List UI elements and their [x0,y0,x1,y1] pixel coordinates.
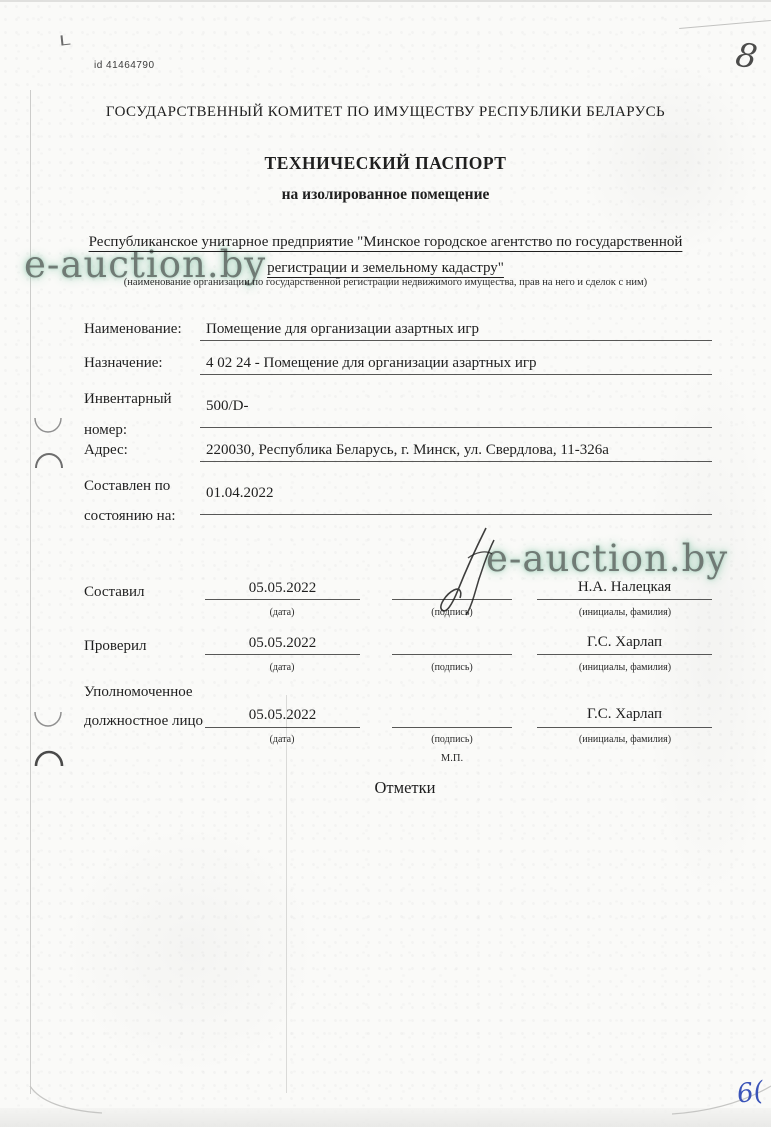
document-subtitle: на изолированное помещение [0,186,771,204]
field-label-address: Адрес: [84,442,128,459]
field-value-as-of-date: 01.04.2022 [206,485,274,502]
field-value-name: Помещение для организации азартных игр [206,321,479,338]
document-title: ТЕХНИЧЕСКИЙ ПАСПОРТ [0,153,771,174]
signer-role-compiled-by: Составил [84,584,145,601]
handwritten-blue-mark: 6( [735,1076,766,1109]
registrar-organization: Республиканское унитарное предприятие "М… [63,229,708,281]
signature-date: 05.05.2022 [205,580,360,597]
seal-placeholder-label: М.П. [392,753,512,764]
signer-role-checked-by: Проверил [84,638,147,655]
field-label-name: Наименование: [84,321,182,338]
field-label-as-of-date: Составлен по состоянию на: [84,471,209,531]
marks-section-title: Отметки [0,778,771,798]
signer-name: Г.С. Харлап [537,706,712,723]
committee-header: ГОСУДАРСТВЕННЫЙ КОМИТЕТ ПО ИМУЩЕСТВУ РЕС… [0,104,771,121]
handwritten-signature [428,518,508,622]
field-value-inventory-number: 500/D- [206,398,249,415]
registrar-organization-note: (наименование организации по государстве… [40,277,731,288]
field-label-purpose: Назначение: [84,355,163,372]
scan-id-number: id 41464790 [94,60,155,71]
signature-date: 05.05.2022 [205,635,360,652]
scanned-document-page: id 41464790 8 ГОСУДАРСТВЕННЫЙ КОМИТЕТ ПО… [0,0,771,1127]
field-label-inventory-number: Инвентарный номер: [84,384,199,446]
signer-name: Г.С. Харлап [537,634,712,651]
field-value-address: 220030, Республика Беларусь, г. Минск, у… [206,442,609,459]
signature-date: 05.05.2022 [205,707,360,724]
field-value-purpose: 4 02 24 - Помещение для организации азар… [206,355,537,372]
signer-name: Н.А. Налецкая [537,579,712,596]
